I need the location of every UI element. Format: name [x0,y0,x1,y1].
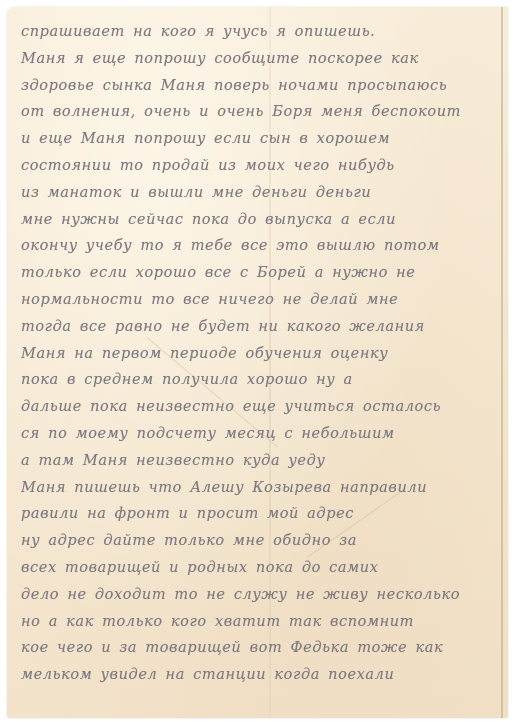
text-line: тогда все равно не будет ни какого желан… [21,314,506,341]
text-line: состоянии то продай из моих чего нибудь [21,153,506,180]
text-line: всех товарищей и родных пока до самих [21,555,506,582]
text-line: мне нужны сейчас пока до выпуска а если [21,207,506,234]
text-line: ну адрес дайте только мне обидно за [21,528,506,555]
letter-page: спрашивает на кого я учусь я опишешь. Ма… [7,7,508,718]
text-line: здоровье сынка Маня поверь ночами просып… [21,73,506,100]
text-line: из манаток и вышли мне деньги деньги [21,180,506,207]
text-line: а там Маня неизвестно куда уеду [21,448,506,475]
text-line: дело не доходит то не служу не живу неск… [21,582,506,609]
text-line: только если хорошо все с Борей а нужно н… [21,260,506,287]
handwritten-text: спрашивает на кого я учусь я опишешь. Ма… [21,19,506,689]
text-line: от волнения, очень и очень Боря меня бес… [21,99,506,126]
text-line: дальше пока неизвестно еще учиться остал… [21,394,506,421]
text-line: пока в среднем получила хорошо ну а [21,367,506,394]
text-line: и еще Маня попрошу если сын в хорошем [21,126,506,153]
text-line: Маня я еще попрошу сообщите поскорее как [21,46,506,73]
text-line: нормальности то все ничего не делай мне [21,287,506,314]
text-line: Маня пишешь что Алешу Козырева направили [21,475,506,502]
text-line: Маня на первом периоде обучения оценку [21,341,506,368]
text-line: окончу учебу то я тебе все это вышлю пот… [21,233,506,260]
text-line: но а как только кого хватит так вспомнит [21,609,506,636]
text-line: равили на фронт и просит мой адрес [21,501,506,528]
text-line: спрашивает на кого я учусь я опишешь. [21,19,506,46]
text-line: кое чего и за товарищей вот Федька тоже … [21,635,506,662]
text-line: мельком увидел на станции когда поехали [21,662,506,689]
text-line: ся по моему подсчету месяц с небольшим [21,421,506,448]
